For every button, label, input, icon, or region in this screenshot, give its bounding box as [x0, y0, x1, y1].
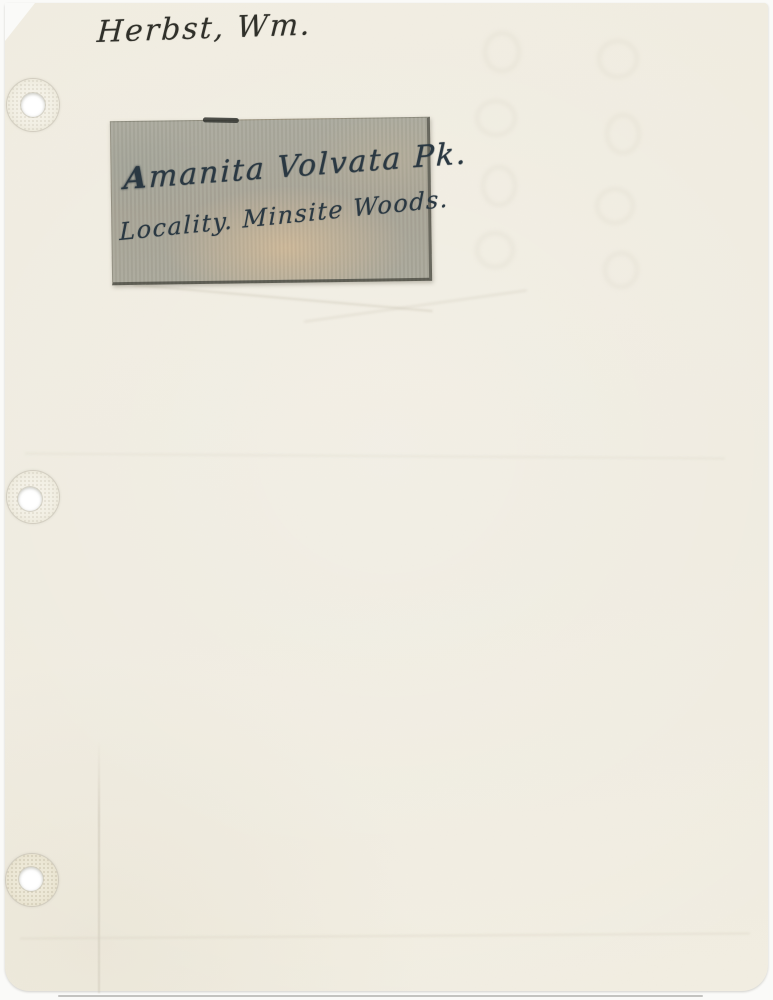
scanned-album-page: Herbst, Wm. Amanita Volvata Pk. Locality… — [0, 0, 773, 1000]
punch-hole — [21, 93, 45, 117]
clipped-corner — [5, 3, 35, 41]
punch-hole — [18, 487, 42, 511]
crease-line — [133, 284, 432, 312]
binder-hole-middle — [7, 471, 59, 523]
label-locality: Locality. Minsite Woods. — [119, 185, 449, 247]
crease-line — [20, 932, 750, 939]
crease-line — [25, 453, 725, 460]
crease-line — [98, 741, 100, 993]
binder-hole-bottom — [6, 854, 58, 906]
handwritten-collector-name: Herbst, Wm. — [96, 7, 313, 50]
specimen-label-clipping: Amanita Volvata Pk. Locality. Minsite Wo… — [110, 117, 432, 285]
scanner-edge-shadow — [58, 995, 703, 997]
binder-hole-top — [7, 79, 59, 131]
crease-line — [304, 289, 527, 322]
paper-sheet: Herbst, Wm. Amanita Volvata Pk. Locality… — [5, 3, 768, 991]
punch-hole — [19, 867, 43, 891]
